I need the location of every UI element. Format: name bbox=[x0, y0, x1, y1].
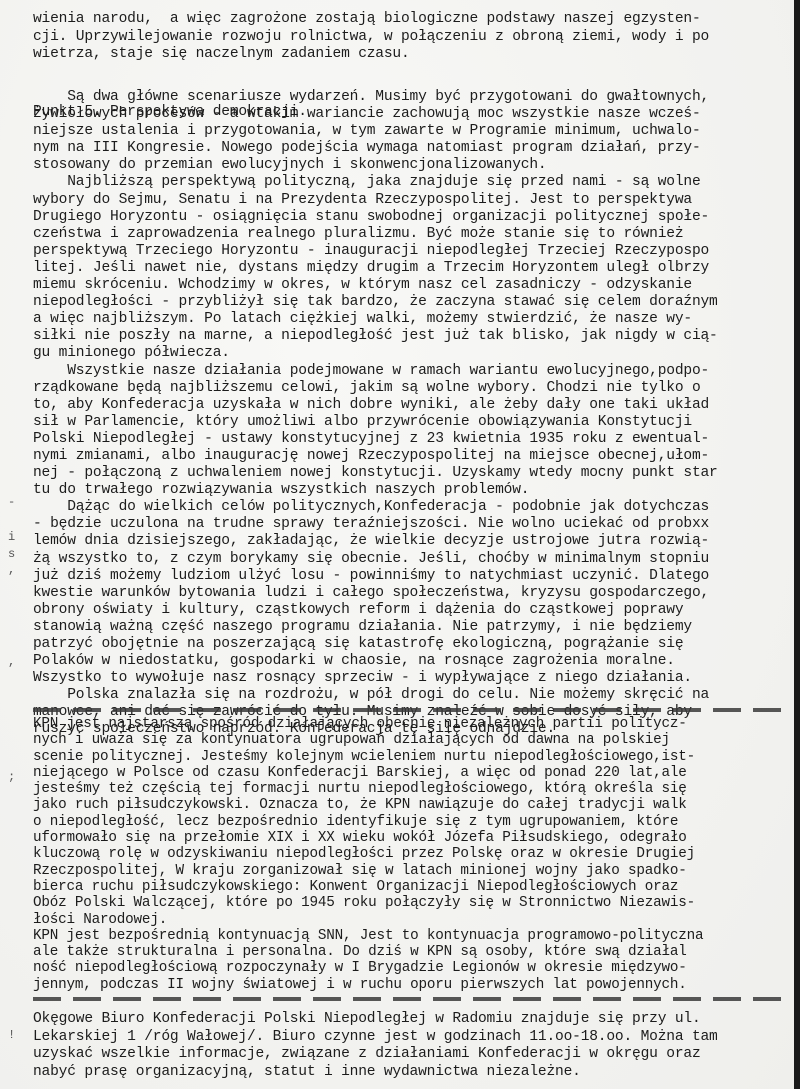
text-line: wietrza, staje się naczelnym zadaniem cz… bbox=[33, 46, 793, 64]
text-line: sił w Parlamencie, który umożliwi albo p… bbox=[33, 414, 793, 431]
margin-mark: ! bbox=[8, 1028, 15, 1042]
text-line: niejącego w Polsce od czasu Konfederacji… bbox=[33, 765, 793, 781]
text-line: Dążąc do wielkich celów politycznych,Kon… bbox=[33, 499, 793, 516]
text-line: Wszystkie nasze działania podejmowane w … bbox=[33, 363, 793, 380]
text-line: Obóz Polski Walczącej, które po 1945 rok… bbox=[33, 895, 793, 911]
text-line: KPN jest najstarszą spośród działających… bbox=[33, 716, 793, 732]
margin-mark: - bbox=[8, 495, 15, 509]
text-line: czeństwa i zaprowadzenia realnego plural… bbox=[33, 226, 793, 243]
text-line: tu do trwałego rozwiązywania wszystkich … bbox=[33, 482, 793, 499]
text-line: jennym, podczas II wojny światowej i w r… bbox=[33, 977, 793, 993]
dashed-separator bbox=[33, 708, 788, 712]
text-line: litej. Jeśli nawet nie, dystans między d… bbox=[33, 260, 793, 277]
text-line: żą wszystko to, z czym borykamy się obec… bbox=[33, 551, 793, 568]
text-line: nymi zmianami, albo inaugurację nowej Rz… bbox=[33, 448, 793, 465]
text-line: Polski Niepodległej - ustawy konstytucyj… bbox=[33, 431, 793, 448]
text-line: stanowią ważną część naszego programu dz… bbox=[33, 619, 793, 636]
scanned-typewritten-page: wienia narodu, a więc zagrożone zostają … bbox=[0, 0, 800, 1089]
paragraph-block-democracy: Są dwa główne scenariusze wydarzeń. Musi… bbox=[33, 89, 793, 739]
paragraph-block-kpn-history: KPN jest najstarszą spośród działających… bbox=[33, 716, 793, 993]
margin-mark: , bbox=[8, 563, 15, 577]
text-line: - będzie uczulona na trudne sprawy teraź… bbox=[33, 516, 793, 533]
paragraph-block-office-info: Okęgowe Biuro Konfederacji Polski Niepod… bbox=[33, 1011, 793, 1081]
text-line: wybory do Sejmu, Senatu i na Prezydenta … bbox=[33, 192, 793, 209]
text-line: cji. Uprzywilejowanie rozwoju rolnictwa,… bbox=[33, 29, 793, 47]
text-line: Najbliższą perspektywą polityczną, jaka … bbox=[33, 174, 793, 191]
text-line: KPN jest bezpośrednią kontynuacją SNN, J… bbox=[33, 928, 793, 944]
margin-mark: , bbox=[8, 655, 15, 669]
text-line: żywiołowych procesów - a wtakim warianci… bbox=[33, 106, 793, 123]
text-line: nabyć prasę organizacyjną, statut i inne… bbox=[33, 1064, 793, 1082]
dashed-separator bbox=[33, 997, 788, 1001]
text-line: gu minionego półwiecza. bbox=[33, 345, 793, 362]
text-line: Lekarskiej 1 /róg Wałowej/. Biuro czynne… bbox=[33, 1029, 793, 1047]
text-line: scenie politycznej. Jesteśmy kolejnym wc… bbox=[33, 749, 793, 765]
text-line: obrony oświaty i kultury, cząstkowych re… bbox=[33, 602, 793, 619]
text-line: uformowało się na przełomie XIX i XX wie… bbox=[33, 830, 793, 846]
text-line: perspektywą Trzeciego Horyzontu - inaugu… bbox=[33, 243, 793, 260]
text-line: niepodległości - przybliżył się tak bard… bbox=[33, 294, 793, 311]
text-line: już dziś możemy ludziom ulżyć losu - pow… bbox=[33, 568, 793, 585]
text-line: Drugiego Horyzontu - osiągnięcia stanu s… bbox=[33, 209, 793, 226]
text-line: ność niepodległościową rozpoczynały w I … bbox=[33, 960, 793, 976]
text-line: kwestie warunków bytowania ludzi i całeg… bbox=[33, 585, 793, 602]
text-line: uzyskać wszelkie informacje, związane z … bbox=[33, 1046, 793, 1064]
text-line: stosowany do przemian ewolucyjnych i sko… bbox=[33, 157, 793, 174]
scan-edge-shadow bbox=[794, 0, 800, 1089]
text-line: a więc najbliższym. Po latach ciężkiej w… bbox=[33, 311, 793, 328]
margin-mark: s bbox=[8, 547, 15, 561]
text-line: to, aby Konfederacja uzyskała w nich dob… bbox=[33, 397, 793, 414]
text-line: Są dwa główne scenariusze wydarzeń. Musi… bbox=[33, 89, 793, 106]
paragraph-block-ecology: wienia narodu, a więc zagrożone zostają … bbox=[33, 11, 793, 64]
text-line: Wszystko to wywołuje nasz rosnący sprzec… bbox=[33, 670, 793, 687]
text-line: Polska znalazła się na rozdrożu, w pół d… bbox=[33, 687, 793, 704]
text-line: wienia narodu, a więc zagrożone zostają … bbox=[33, 11, 793, 29]
text-line: rządkowane będą najbliższemu celowi, jak… bbox=[33, 380, 793, 397]
text-line: ale także strukturalna i personalna. Do … bbox=[33, 944, 793, 960]
text-line: nym na III Kongresie. Nowego podejścia w… bbox=[33, 140, 793, 157]
text-line: siłki nie poszły na marne, a niepodległo… bbox=[33, 328, 793, 345]
text-line: jako ruch piłsudczykowski. Oznacza to, ż… bbox=[33, 797, 793, 813]
text-line: nych i uważa się za kontynuatora ugrupow… bbox=[33, 732, 793, 748]
text-line: Rzeczpospolitej, W kraju zorganizował si… bbox=[33, 863, 793, 879]
text-line: nej - połączoną z uchwaleniem nowej kons… bbox=[33, 465, 793, 482]
text-line: miemu skróceniu. Wchodzimy w okres, w kt… bbox=[33, 277, 793, 294]
text-line: lemów dnia dzisiejszego, zakładając, że … bbox=[33, 533, 793, 550]
margin-mark: ; bbox=[8, 770, 15, 784]
text-line: niejsze ustalenia i przygotowania, w tym… bbox=[33, 123, 793, 140]
text-line: patrzyć obojętnie na poszerzającą się ka… bbox=[33, 636, 793, 653]
margin-mark: i bbox=[8, 530, 15, 544]
text-line: kluczową rolę w odzyskiwaniu niepodległo… bbox=[33, 846, 793, 862]
text-line: bierca ruchu piłsudczykowskiego: Konwent… bbox=[33, 879, 793, 895]
text-line: o niepodległość, lecz bezpośrednio ident… bbox=[33, 814, 793, 830]
text-line: Polaków w niedostatku, gospodarki w chao… bbox=[33, 653, 793, 670]
text-line: łości Narodowej. bbox=[33, 912, 793, 928]
text-line: jesteśmy też częścią tej formacji nurtu … bbox=[33, 781, 793, 797]
text-line: Okęgowe Biuro Konfederacji Polski Niepod… bbox=[33, 1011, 793, 1029]
